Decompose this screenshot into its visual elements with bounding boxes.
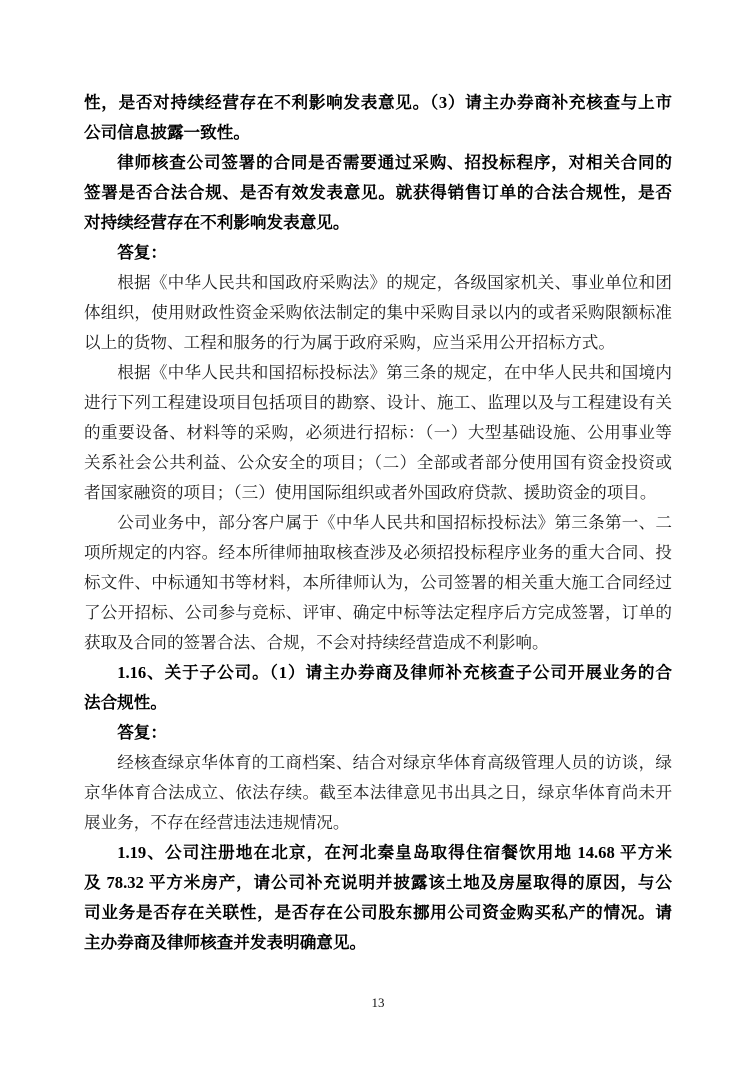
text-line: 获取及合同的签署合法、合规，不会对持续经营造成不利影响。: [84, 628, 672, 658]
page-number: 13: [0, 995, 756, 1011]
text-line: 签署是否合法合规、是否有效发表意见。就获得销售订单的合法合规性，是否: [84, 178, 672, 208]
text-line: 性，是否对持续经营存在不利影响发表意见。（3）请主办券商补充核查与上市: [84, 88, 672, 118]
text-line: 者国家融资的项目；（三）使用国际组织或者外国政府贷款、援助资金的项目。: [84, 478, 672, 508]
text-line: 关系社会公共利益、公众安全的项目；（二）全部或者部分使用国有资金投资或: [84, 448, 672, 478]
paragraph: 答复：: [84, 718, 672, 748]
paragraph: 1.16、关于子公司。（1）请主办券商及律师补充核查子公司开展业务的合法合规性。: [84, 658, 672, 718]
paragraph: 根据《中华人民共和国政府采购法》的规定，各级国家机关、事业单位和团体组织，使用财…: [84, 268, 672, 358]
paragraph: 公司业务中，部分客户属于《中华人民共和国招标投标法》第三条第一、二项所规定的内容…: [84, 508, 672, 658]
text-line: 根据《中华人民共和国政府采购法》的规定，各级国家机关、事业单位和团: [84, 268, 672, 298]
paragraph: 1.19、公司注册地在北京，在河北秦皇岛取得住宿餐饮用地 14.68 平方米及 …: [84, 838, 672, 958]
text-line: 法合规性。: [84, 688, 672, 718]
text-line: 公司业务中，部分客户属于《中华人民共和国招标投标法》第三条第一、二: [84, 508, 672, 538]
text-line: 展业务，不存在经营违法违规情况。: [84, 808, 672, 838]
paragraph: 律师核查公司签署的合同是否需要通过采购、招投标程序，对相关合同的签署是否合法合规…: [84, 148, 672, 238]
text-line: 答复：: [84, 238, 672, 268]
text-line: 经核查绿京华体育的工商档案、结合对绿京华体育高级管理人员的访谈，绿: [84, 748, 672, 778]
document-page: 性，是否对持续经营存在不利影响发表意见。（3）请主办券商补充核查与上市公司信息披…: [0, 0, 756, 1075]
text-line: 标文件、中标通知书等材料，本所律师认为，公司签署的相关重大施工合同经过: [84, 568, 672, 598]
text-line: 的重要设备、材料等的采购，必须进行招标：（一）大型基础设施、公用事业等: [84, 418, 672, 448]
text-line: 1.19、公司注册地在北京，在河北秦皇岛取得住宿餐饮用地 14.68 平方米: [84, 838, 672, 868]
paragraph: 根据《中华人民共和国招标投标法》第三条的规定，在中华人民共和国境内进行下列工程建…: [84, 358, 672, 508]
document-body: 性，是否对持续经营存在不利影响发表意见。（3）请主办券商补充核查与上市公司信息披…: [84, 88, 672, 958]
paragraph: 经核查绿京华体育的工商档案、结合对绿京华体育高级管理人员的访谈，绿京华体育合法成…: [84, 748, 672, 838]
text-line: 京华体育合法成立、依法存续。截至本法律意见书出具之日，绿京华体育尚未开: [84, 778, 672, 808]
text-line: 了公开招标、公司参与竞标、评审、确定中标等法定程序后方完成签署，订单的: [84, 598, 672, 628]
text-line: 答复：: [84, 718, 672, 748]
text-line: 主办券商及律师核查并发表明确意见。: [84, 928, 672, 958]
text-line: 及 78.32 平方米房产，请公司补充说明并披露该土地及房屋取得的原因，与公: [84, 868, 672, 898]
text-line: 项所规定的内容。经本所律师抽取核查涉及必须招投标程序业务的重大合同、投: [84, 538, 672, 568]
text-line: 公司信息披露一致性。: [84, 118, 672, 148]
text-line: 体组织，使用财政性资金采购依法制定的集中采购目录以内的或者采购限额标准: [84, 298, 672, 328]
text-line: 以上的货物、工程和服务的行为属于政府采购，应当采用公开招标方式。: [84, 328, 672, 358]
text-line: 根据《中华人民共和国招标投标法》第三条的规定，在中华人民共和国境内: [84, 358, 672, 388]
paragraph: 答复：: [84, 238, 672, 268]
text-line: 律师核查公司签署的合同是否需要通过采购、招投标程序，对相关合同的: [84, 148, 672, 178]
text-line: 1.16、关于子公司。（1）请主办券商及律师补充核查子公司开展业务的合: [84, 658, 672, 688]
paragraph: 性，是否对持续经营存在不利影响发表意见。（3）请主办券商补充核查与上市公司信息披…: [84, 88, 672, 148]
text-line: 进行下列工程建设项目包括项目的勘察、设计、施工、监理以及与工程建设有关: [84, 388, 672, 418]
text-line: 司业务是否存在关联性，是否存在公司股东挪用公司资金购买私产的情况。请: [84, 898, 672, 928]
text-line: 对持续经营存在不利影响发表意见。: [84, 208, 672, 238]
